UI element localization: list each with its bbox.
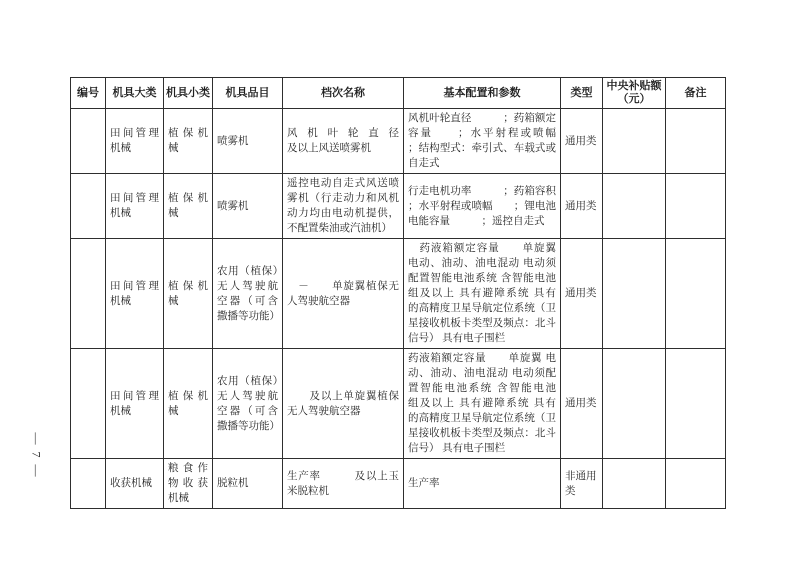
cell-remark xyxy=(666,459,726,509)
column-header-subsidy: 中央补贴额（元） xyxy=(603,78,666,109)
table-row: 收获机械粮食作物收获机械脱粒机生产率 及以上玉米脱粒机生产率非通用类 xyxy=(71,459,726,509)
cell-subcategory: 粮食作物收获机械 xyxy=(164,459,213,509)
cell-category: 田间管理机械 xyxy=(106,239,164,349)
cell-subsidy xyxy=(603,459,666,509)
table-row: 田间管理机械植保机械喷雾机风机叶轮直径 及以上风送喷雾机风机叶轮直径 ；药箱额定… xyxy=(71,109,726,174)
cell-category: 收获机械 xyxy=(106,459,164,509)
cell-config: 行走电机功率 ；药箱容积 ；水平射程或喷幅 ；锂电池电能容量 ；遥控自走式 xyxy=(404,174,561,239)
cell-subcategory: 植保机械 xyxy=(164,349,213,459)
cell-no xyxy=(71,109,106,174)
cell-no xyxy=(71,239,106,349)
cell-no xyxy=(71,349,106,459)
cell-remark xyxy=(666,349,726,459)
table-header-row: 编号机具大类机具小类机具品目档次名称基本配置和参数类型中央补贴额（元）备注 xyxy=(71,78,726,109)
cell-grade: 风机叶轮直径 及以上风送喷雾机 xyxy=(283,109,404,174)
cell-subcategory: 植保机械 xyxy=(164,239,213,349)
cell-config: 药液箱额定容量 单旋翼 电动、油动、油电混动 电动须配置智能电池系统 含智能电池… xyxy=(404,239,561,349)
cell-subcategory: 植保机械 xyxy=(164,109,213,174)
cell-grade: 遥控电动自走式风送喷雾机（行走动力和风机动力均由电动机提供，不配置柴油或汽油机） xyxy=(283,174,404,239)
cell-category: 田间管理机械 xyxy=(106,109,164,174)
cell-grade: 及以上单旋翼植保无人驾驶航空器 xyxy=(283,349,404,459)
column-header-grade: 档次名称 xyxy=(283,78,404,109)
column-header-item: 机具品目 xyxy=(213,78,283,109)
cell-type: 通用类 xyxy=(561,109,603,174)
cell-item: 喷雾机 xyxy=(213,174,283,239)
column-header-subcategory: 机具小类 xyxy=(164,78,213,109)
cell-grade: － 单旋翼植保无人驾驶航空器 xyxy=(283,239,404,349)
cell-type: 通用类 xyxy=(561,349,603,459)
column-header-config: 基本配置和参数 xyxy=(404,78,561,109)
cell-grade: 生产率 及以上玉米脱粒机 xyxy=(283,459,404,509)
column-header-remark: 备注 xyxy=(666,78,726,109)
document-page: — 7 — 编号机具大类机具小类机具品目档次名称基本配置和参数类型中央补贴额（元… xyxy=(0,0,800,565)
cell-type: 通用类 xyxy=(561,239,603,349)
cell-remark xyxy=(666,239,726,349)
cell-remark xyxy=(666,109,726,174)
cell-config: 药液箱额定容量 单旋翼 电动、油动、油电混动 电动须配置智能电池系统 含智能电池… xyxy=(404,349,561,459)
cell-no xyxy=(71,459,106,509)
table-row: 田间管理机械植保机械农用（植保）无人驾驶航空器（可含撒播等功能） － 单旋翼植保… xyxy=(71,239,726,349)
cell-subsidy xyxy=(603,349,666,459)
cell-item: 脱粒机 xyxy=(213,459,283,509)
cell-remark xyxy=(666,174,726,239)
cell-no xyxy=(71,174,106,239)
cell-config: 风机叶轮直径 ；药箱额定容量 ；水平射程或喷幅 ；结构型式：牵引式、车载式或自走… xyxy=(404,109,561,174)
cell-subsidy xyxy=(603,174,666,239)
cell-type: 非通用类 xyxy=(561,459,603,509)
page-number: — 7 — xyxy=(29,426,44,486)
table-header: 编号机具大类机具小类机具品目档次名称基本配置和参数类型中央补贴额（元）备注 xyxy=(71,78,726,109)
cell-item: 农用（植保）无人驾驶航空器（可含撒播等功能） xyxy=(213,349,283,459)
cell-config: 生产率 xyxy=(404,459,561,509)
table-body: 田间管理机械植保机械喷雾机风机叶轮直径 及以上风送喷雾机风机叶轮直径 ；药箱额定… xyxy=(71,109,726,509)
cell-type: 通用类 xyxy=(561,174,603,239)
table-row: 田间管理机械植保机械喷雾机遥控电动自走式风送喷雾机（行走动力和风机动力均由电动机… xyxy=(71,174,726,239)
column-header-category: 机具大类 xyxy=(106,78,164,109)
column-header-type: 类型 xyxy=(561,78,603,109)
cell-item: 喷雾机 xyxy=(213,109,283,174)
cell-category: 田间管理机械 xyxy=(106,349,164,459)
cell-subsidy xyxy=(603,239,666,349)
cell-subsidy xyxy=(603,109,666,174)
column-header-no: 编号 xyxy=(71,78,106,109)
table-row: 田间管理机械植保机械农用（植保）无人驾驶航空器（可含撒播等功能） 及以上单旋翼植… xyxy=(71,349,726,459)
cell-category: 田间管理机械 xyxy=(106,174,164,239)
cell-item: 农用（植保）无人驾驶航空器（可含撒播等功能） xyxy=(213,239,283,349)
machinery-subsidy-table: 编号机具大类机具小类机具品目档次名称基本配置和参数类型中央补贴额（元）备注 田间… xyxy=(70,77,726,509)
cell-subcategory: 植保机械 xyxy=(164,174,213,239)
